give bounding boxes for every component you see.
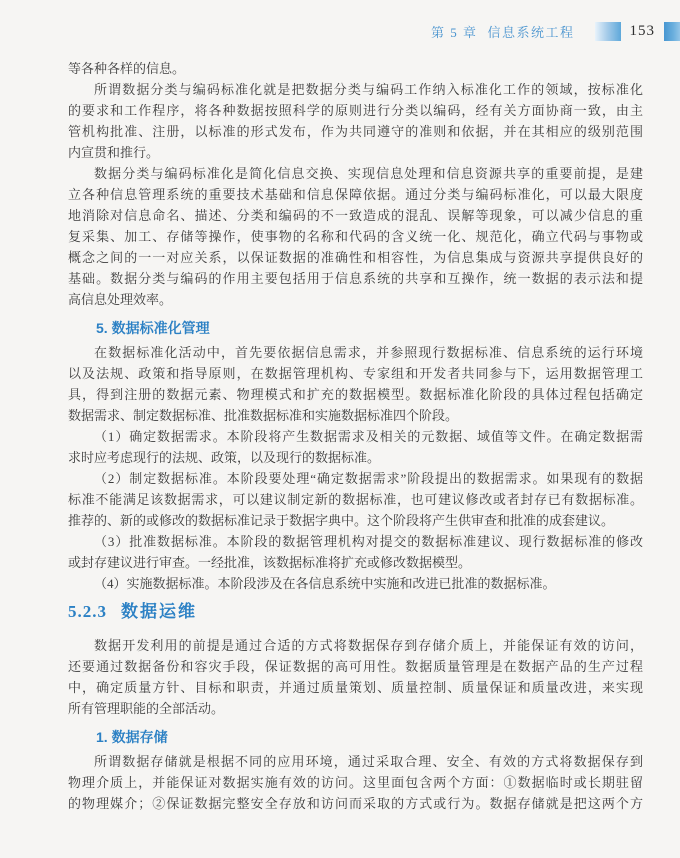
text-line: 数据需求、制定数据标准、批准数据标准和实施数据标准四个阶段。 [68, 405, 643, 426]
paragraph: （4）实施数据标准。本阶段涉及在各信息系统中实施和改进已批准的数据标准。 [68, 573, 643, 594]
text-line: 的要求和工作程序，将各种数据按照科学的原则进行分类以编码，经有关方面协商一致，由… [68, 100, 643, 121]
content: 等各种各样的信息。所谓数据分类与编码标准化就是把数据分类与编码工作纳入标准化工作… [68, 58, 643, 814]
section-title: 数据运维 [121, 602, 197, 621]
running-chapter-title: 第 5 章信息系统工程 [431, 22, 575, 41]
text-line: 具，得到注册的数据元素、物理模式和扩充的数据模型。数据标准化阶段的具体过程包括确… [68, 384, 643, 405]
text-line: 数据开发利用的前提是通过合适的方式将数据保存到存储介质上，并能保证有效的访问， [68, 635, 643, 656]
text-line: 以及法规、政策和指导原则，在数据管理机构、专家组和开发者共同参与下，运用数据管理… [68, 363, 643, 384]
text-line: 等各种各样的信息。 [68, 58, 643, 79]
text-line: 地消除对信息命名、描述、分类和编码的不一致造成的混乱、误解等现象，可以减少信息的… [68, 205, 643, 226]
page-header: 第 5 章信息系统工程 153 [431, 20, 680, 42]
paragraph: （3）批准数据标准。本阶段的数据管理机构对提交的数据标准建议、现行数据标准的修改… [68, 531, 643, 573]
text-line: 中，确定质量方针、目标和职责，并通过质量策划、质量控制、质量保证和质量改进，来实… [68, 677, 643, 698]
text-line: 高信息处理效率。 [68, 289, 643, 310]
paragraph: 所谓数据存储就是根据不同的应用环境，通过采取合理、安全、有效的方式将数据保存到物… [68, 751, 643, 814]
section-number: 5.2.3 [68, 602, 107, 621]
text-line: （2）制定数据标准。本阶段要处理“确定数据需求”阶段提出的数据需求。如果现有的数… [68, 468, 643, 489]
header-accent-box-right [664, 22, 680, 41]
paragraph: 在数据标准化活动中，首先要依据信息需求，并参照现行数据标准、信息系统的运行环境以… [68, 342, 643, 426]
text-line: 复采集、加工、存储等操作，使事物的名称和代码的含义统一化、规范化，确立代码与事物… [68, 226, 643, 247]
page-number: 153 [630, 23, 656, 40]
paragraph: 等各种各样的信息。 [68, 58, 643, 79]
text-line: 所谓数据分类与编码标准化就是把数据分类与编码工作纳入标准化工作的领域，按标准化 [68, 79, 643, 100]
paragraph: （2）制定数据标准。本阶段要处理“确定数据需求”阶段提出的数据需求。如果现有的数… [68, 468, 643, 531]
header-accent-box-left [595, 22, 621, 41]
text-line: 内宣贯和推行。 [68, 142, 643, 163]
subsection-heading: 5. 数据标准化管理 [68, 318, 643, 339]
paragraph: （1）确定数据需求。本阶段将产生数据需求及相关的元数据、域值等文件。在确定数据需… [68, 426, 643, 468]
paragraph: 数据开发利用的前提是通过合适的方式将数据保存到存储介质上，并能保证有效的访问，还… [68, 635, 643, 719]
text-line: 所谓数据存储就是根据不同的应用环境，通过采取合理、安全、有效的方式将数据保存到 [68, 751, 643, 772]
paragraph: 所谓数据分类与编码标准化就是把数据分类与编码工作纳入标准化工作的领域，按标准化的… [68, 79, 643, 163]
text-line: （1）确定数据需求。本阶段将产生数据需求及相关的元数据、域值等文件。在确定数据需 [68, 426, 643, 447]
text-line: 还要通过数据备份和容灾手段，保证数据的高可用性。数据质量管理是在数据产品的生产过… [68, 656, 643, 677]
text-line: 概念之间的一一对应关系，以保证数据的准确性和相容性，为信息集成与资源共享提供良好… [68, 247, 643, 268]
book-page: 第 5 章信息系统工程 153 等各种各样的信息。所谓数据分类与编码标准化就是把… [0, 0, 680, 858]
text-line: 的物理媒介；②保证数据完整安全存放和访问而采取的方式或行为。数据存储就是把这两个… [68, 793, 643, 814]
text-line: 所有管理职能的全部活动。 [68, 698, 643, 719]
text-line: （4）实施数据标准。本阶段涉及在各信息系统中实施和改进已批准的数据标准。 [68, 573, 643, 594]
chapter-label: 第 5 章 [431, 25, 478, 40]
subsection-heading: 1. 数据存储 [68, 727, 643, 748]
section-heading: 5.2.3数据运维 [68, 600, 643, 625]
text-line: 物理介质上，并能保证对数据实施有效的访问。这里面包含两个方面：①数据临时或长期驻… [68, 772, 643, 793]
paragraph: 数据分类与编码标准化是简化信息交换、实现信息处理和信息资源共享的重要前提，是建立… [68, 163, 643, 310]
text-line: 管机构批准、注册，以标准的形式发布，作为共同遵守的准则和依据，并在其相应的级别范… [68, 121, 643, 142]
text-line: 立各种信息管理系统的重要技术基础和信息保障依据。通过分类与编码标准化，可以最大限… [68, 184, 643, 205]
text-line: 求时应考虑现行的法规、政策，以及现行的数据标准。 [68, 447, 643, 468]
text-line: 在数据标准化活动中，首先要依据信息需求，并参照现行数据标准、信息系统的运行环境 [68, 342, 643, 363]
chapter-title: 信息系统工程 [487, 25, 574, 40]
text-line: 基础。数据分类与编码的作用主要包括用于信息系统的共享和互操作，统一数据的表示法和… [68, 268, 643, 289]
text-line: 标准不能满足该数据需求，可以建议制定新的数据标准，也可建议修改或者封存已有数据标… [68, 489, 643, 510]
text-line: 推荐的、新的或修改的数据标准记录于数据字典中。这个阶段将产生供审查和批准的成套建… [68, 510, 643, 531]
text-line: 数据分类与编码标准化是简化信息交换、实现信息处理和信息资源共享的重要前提，是建 [68, 163, 643, 184]
text-line: （3）批准数据标准。本阶段的数据管理机构对提交的数据标准建议、现行数据标准的修改 [68, 531, 643, 552]
text-line: 或封存建议进行审查。一经批准，该数据标准将扩充或修改数据模型。 [68, 552, 643, 573]
